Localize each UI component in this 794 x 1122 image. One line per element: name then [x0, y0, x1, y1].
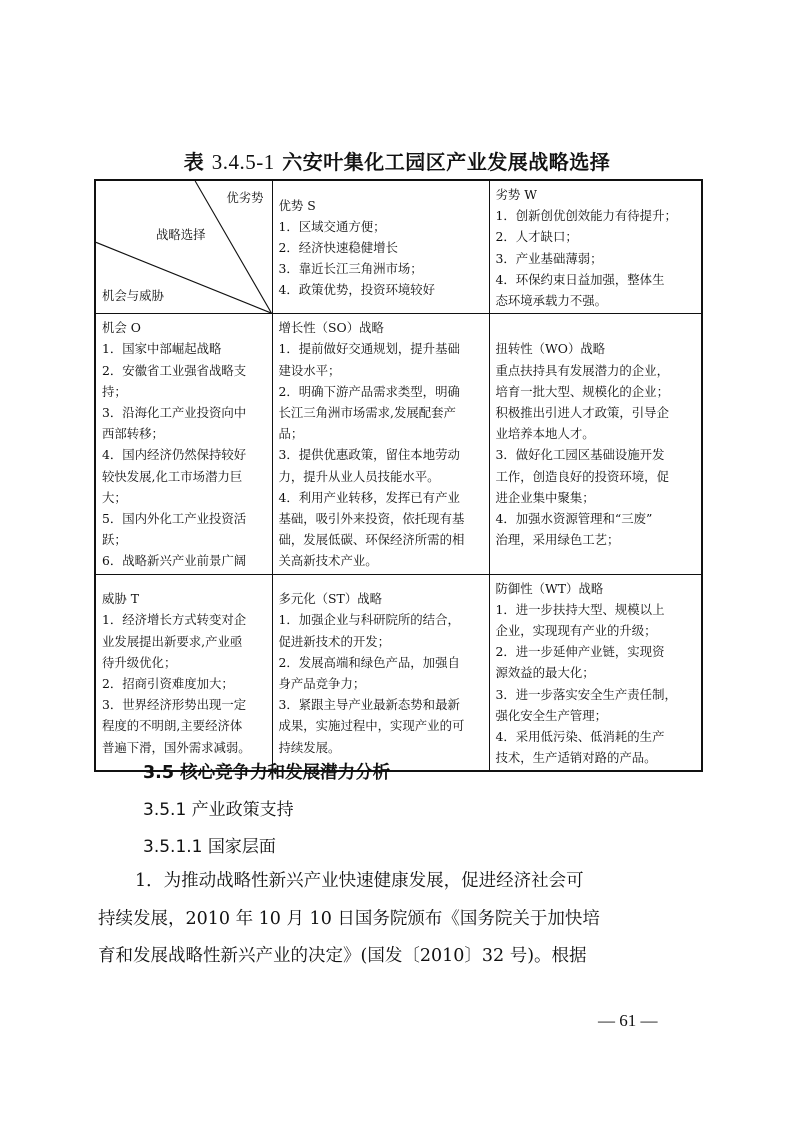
list-item: 4．加强水资源管理和“三废” — [496, 508, 697, 529]
list-item: 力，提升从业人员技能水平。 — [279, 466, 484, 487]
list-item: 3．产业基础薄弱； — [496, 248, 697, 269]
so-strategy-cell: 增长性（SO）战略 1．提前做好交通规划，提升基础 建设水平； 2．明确下游产品… — [272, 314, 489, 574]
list-item: 2．进一步延伸产业链，实现资 — [496, 641, 697, 662]
list-item: 3．世界经济形势出现一定 — [102, 694, 267, 715]
list-item: 跃； — [102, 529, 267, 550]
list-item: 4．利用产业转移，发挥已有产业 — [279, 487, 484, 508]
list-item: 1．创新创优创效能力有待提升； — [496, 205, 697, 226]
table-caption: 表 3.4.5-1 六安叶集化工园区产业发展战略选择 — [0, 146, 794, 175]
list-item: 大； — [102, 487, 267, 508]
corner-label-opportunity-threat: 机会与威胁 — [102, 285, 164, 306]
list-item: 4．环保约束日益加强，整体生 — [496, 269, 697, 290]
wt-strategy-title: 防御性（WT）战略 — [496, 578, 697, 599]
paragraph-line: 持续发展，2010 年 10 月 10 日国务院颁布《国务院关于加快培 — [98, 901, 692, 939]
strengths-title: 优势 S — [279, 195, 484, 216]
weaknesses-cell: 劣势 W 1．创新创优创效能力有待提升； 2．人才缺口； 3．产业基础薄弱； 4… — [489, 180, 702, 314]
list-item: 企业，实现现有产业的升级； — [496, 620, 697, 641]
strengths-cell: 优势 S 1．区域交通方便； 2．经济快速稳健增长 3．靠近长江三角洲市场； 4… — [272, 180, 489, 314]
list-item: 工作，创造良好的投资环境，促 — [496, 466, 697, 487]
st-strategy-cell: 多元化（ST）战略 1．加强企业与科研院所的结合， 促进新技术的开发； 2．发展… — [272, 574, 489, 771]
list-item: 6．战略新兴产业前景广阔 — [102, 550, 267, 571]
caption-number: 3.4.5-1 — [212, 150, 275, 174]
wo-strategy-title: 扭转性（WO）战略 — [496, 338, 697, 359]
list-item: 1．国家中部崛起战略 — [102, 338, 267, 359]
table-row: 威胁 T 1．经济增长方式转变对企 业发展提出新要求,产业亟 待升级优化； 2．… — [95, 574, 702, 771]
list-item: 础，发展低碳、环保经济所需的相 — [279, 529, 484, 550]
list-item: 2．人才缺口； — [496, 226, 697, 247]
st-strategy-title: 多元化（ST）战略 — [279, 588, 484, 609]
list-item: 2．安徽省工业强省战略支 — [102, 360, 267, 381]
list-item: 2．经济快速稳健增长 — [279, 237, 484, 258]
list-item: 1．加强企业与科研院所的结合， — [279, 609, 484, 630]
diagonal-header-cell: 优劣势 战略选择 机会与威胁 — [95, 180, 272, 314]
list-item: 业培养本地人才。 — [496, 423, 697, 444]
list-item: 持； — [102, 381, 267, 402]
opportunities-cell: 机会 O 1．国家中部崛起战略 2．安徽省工业强省战略支 持； 3．沿海化工产业… — [95, 314, 272, 574]
list-item: 1．区域交通方便； — [279, 216, 484, 237]
threats-cell: 威胁 T 1．经济增长方式转变对企 业发展提出新要求,产业亟 待升级优化； 2．… — [95, 574, 272, 771]
swot-strategy-table: 优劣势 战略选择 机会与威胁 优势 S 1．区域交通方便； 2．经济快速稳健增长… — [94, 179, 703, 772]
list-item: 1．提前做好交通规划，提升基础 — [279, 338, 484, 359]
list-item: 强化安全生产管理； — [496, 705, 697, 726]
list-item: 1．进一步扶持大型、规模以上 — [496, 599, 697, 620]
threats-title: 威胁 T — [102, 588, 267, 609]
list-item: 1．经济增长方式转变对企 — [102, 609, 267, 630]
section-heading-3-5: 3.5 核心竞争力和发展潜力分析 — [143, 759, 390, 784]
paragraph-line: 1．为推动战略性新兴产业快速健康发展，促进经济社会可 — [98, 863, 692, 901]
body-paragraph: 1．为推动战略性新兴产业快速健康发展，促进经济社会可 持续发展，2010 年 1… — [98, 863, 692, 976]
list-item: 普遍下滑，国外需求减弱。 — [102, 737, 267, 758]
corner-label-strategy: 战略选择 — [156, 224, 206, 245]
section-heading-3-5-1-1: 3.5.1.1 国家层面 — [143, 832, 276, 857]
list-item: 待升级优化； — [102, 652, 267, 673]
list-item: 3．靠近长江三角洲市场； — [279, 258, 484, 279]
list-item: 长江三角洲市场需求,发展配套产 — [279, 402, 484, 423]
list-item: 培育一批大型、规模化的企业； — [496, 381, 697, 402]
caption-prefix: 表 — [184, 150, 205, 174]
opportunities-title: 机会 O — [102, 317, 267, 338]
list-item: 2．招商引资难度加大； — [102, 673, 267, 694]
wt-strategy-cell: 防御性（WT）战略 1．进一步扶持大型、规模以上 企业，实现现有产业的升级； 2… — [489, 574, 702, 771]
list-item: 重点扶持具有发展潜力的企业， — [496, 360, 697, 381]
paragraph-line: 育和发展战略性新兴产业的决定》(国发〔2010〕32 号)。根据 — [98, 938, 692, 976]
list-item: 3．提供优惠政策，留住本地劳动 — [279, 444, 484, 465]
so-strategy-title: 增长性（SO）战略 — [279, 317, 484, 338]
list-item: 积极推出引进人才政策，引导企 — [496, 402, 697, 423]
list-item: 持续发展。 — [279, 737, 484, 758]
list-item: 基础，吸引外来投资，依托现有基 — [279, 508, 484, 529]
list-item: 3．沿海化工产业投资向中 — [102, 402, 267, 423]
list-item: 品； — [279, 423, 484, 444]
list-item: 身产品竞争力； — [279, 673, 484, 694]
weaknesses-title: 劣势 W — [496, 184, 697, 205]
wo-strategy-cell: 扭转性（WO）战略 重点扶持具有发展潜力的企业， 培育一批大型、规模化的企业； … — [489, 314, 702, 574]
page-number: — 61 — — [598, 1011, 658, 1031]
list-item: 4．采用低污染、低消耗的生产 — [496, 726, 697, 747]
list-item: 3．紧跟主导产业最新态势和最新 — [279, 694, 484, 715]
list-item: 源效益的最大化； — [496, 662, 697, 683]
list-item: 2．明确下游产品需求类型，明确 — [279, 381, 484, 402]
section-heading-3-5-1: 3.5.1 产业政策支持 — [143, 795, 294, 820]
list-item: 态环境承载力不强。 — [496, 290, 697, 311]
list-item: 技术，生产适销对路的产品。 — [496, 747, 697, 768]
list-item: 程度的不明朗,主要经济体 — [102, 715, 267, 736]
list-item: 进企业集中聚集； — [496, 487, 697, 508]
list-item: 关高新技术产业。 — [279, 550, 484, 571]
list-item: 4．政策优势，投资环境较好 — [279, 279, 484, 300]
list-item: 西部转移； — [102, 423, 267, 444]
list-item: 促进新技术的开发； — [279, 631, 484, 652]
list-item: 5．国内外化工产业投资活 — [102, 508, 267, 529]
list-item: 4．国内经济仍然保持较好 — [102, 444, 267, 465]
corner-label-pros-cons: 优劣势 — [226, 187, 263, 208]
list-item: 成果，实施过程中，实现产业的可 — [279, 715, 484, 736]
table-row: 机会 O 1．国家中部崛起战略 2．安徽省工业强省战略支 持； 3．沿海化工产业… — [95, 314, 702, 574]
caption-title: 六安叶集化工园区产业发展战略选择 — [282, 150, 610, 174]
list-item: 较快发展,化工市场潜力巨 — [102, 466, 267, 487]
list-item: 3．做好化工园区基础设施开发 — [496, 444, 697, 465]
list-item: 建设水平； — [279, 360, 484, 381]
list-item: 治理，采用绿色工艺； — [496, 529, 697, 550]
list-item: 2．发展高端和绿色产品，加强自 — [279, 652, 484, 673]
table-row: 优劣势 战略选择 机会与威胁 优势 S 1．区域交通方便； 2．经济快速稳健增长… — [95, 180, 702, 314]
list-item: 业发展提出新要求,产业亟 — [102, 631, 267, 652]
list-item: 3．进一步落实安全生产责任制， — [496, 684, 697, 705]
